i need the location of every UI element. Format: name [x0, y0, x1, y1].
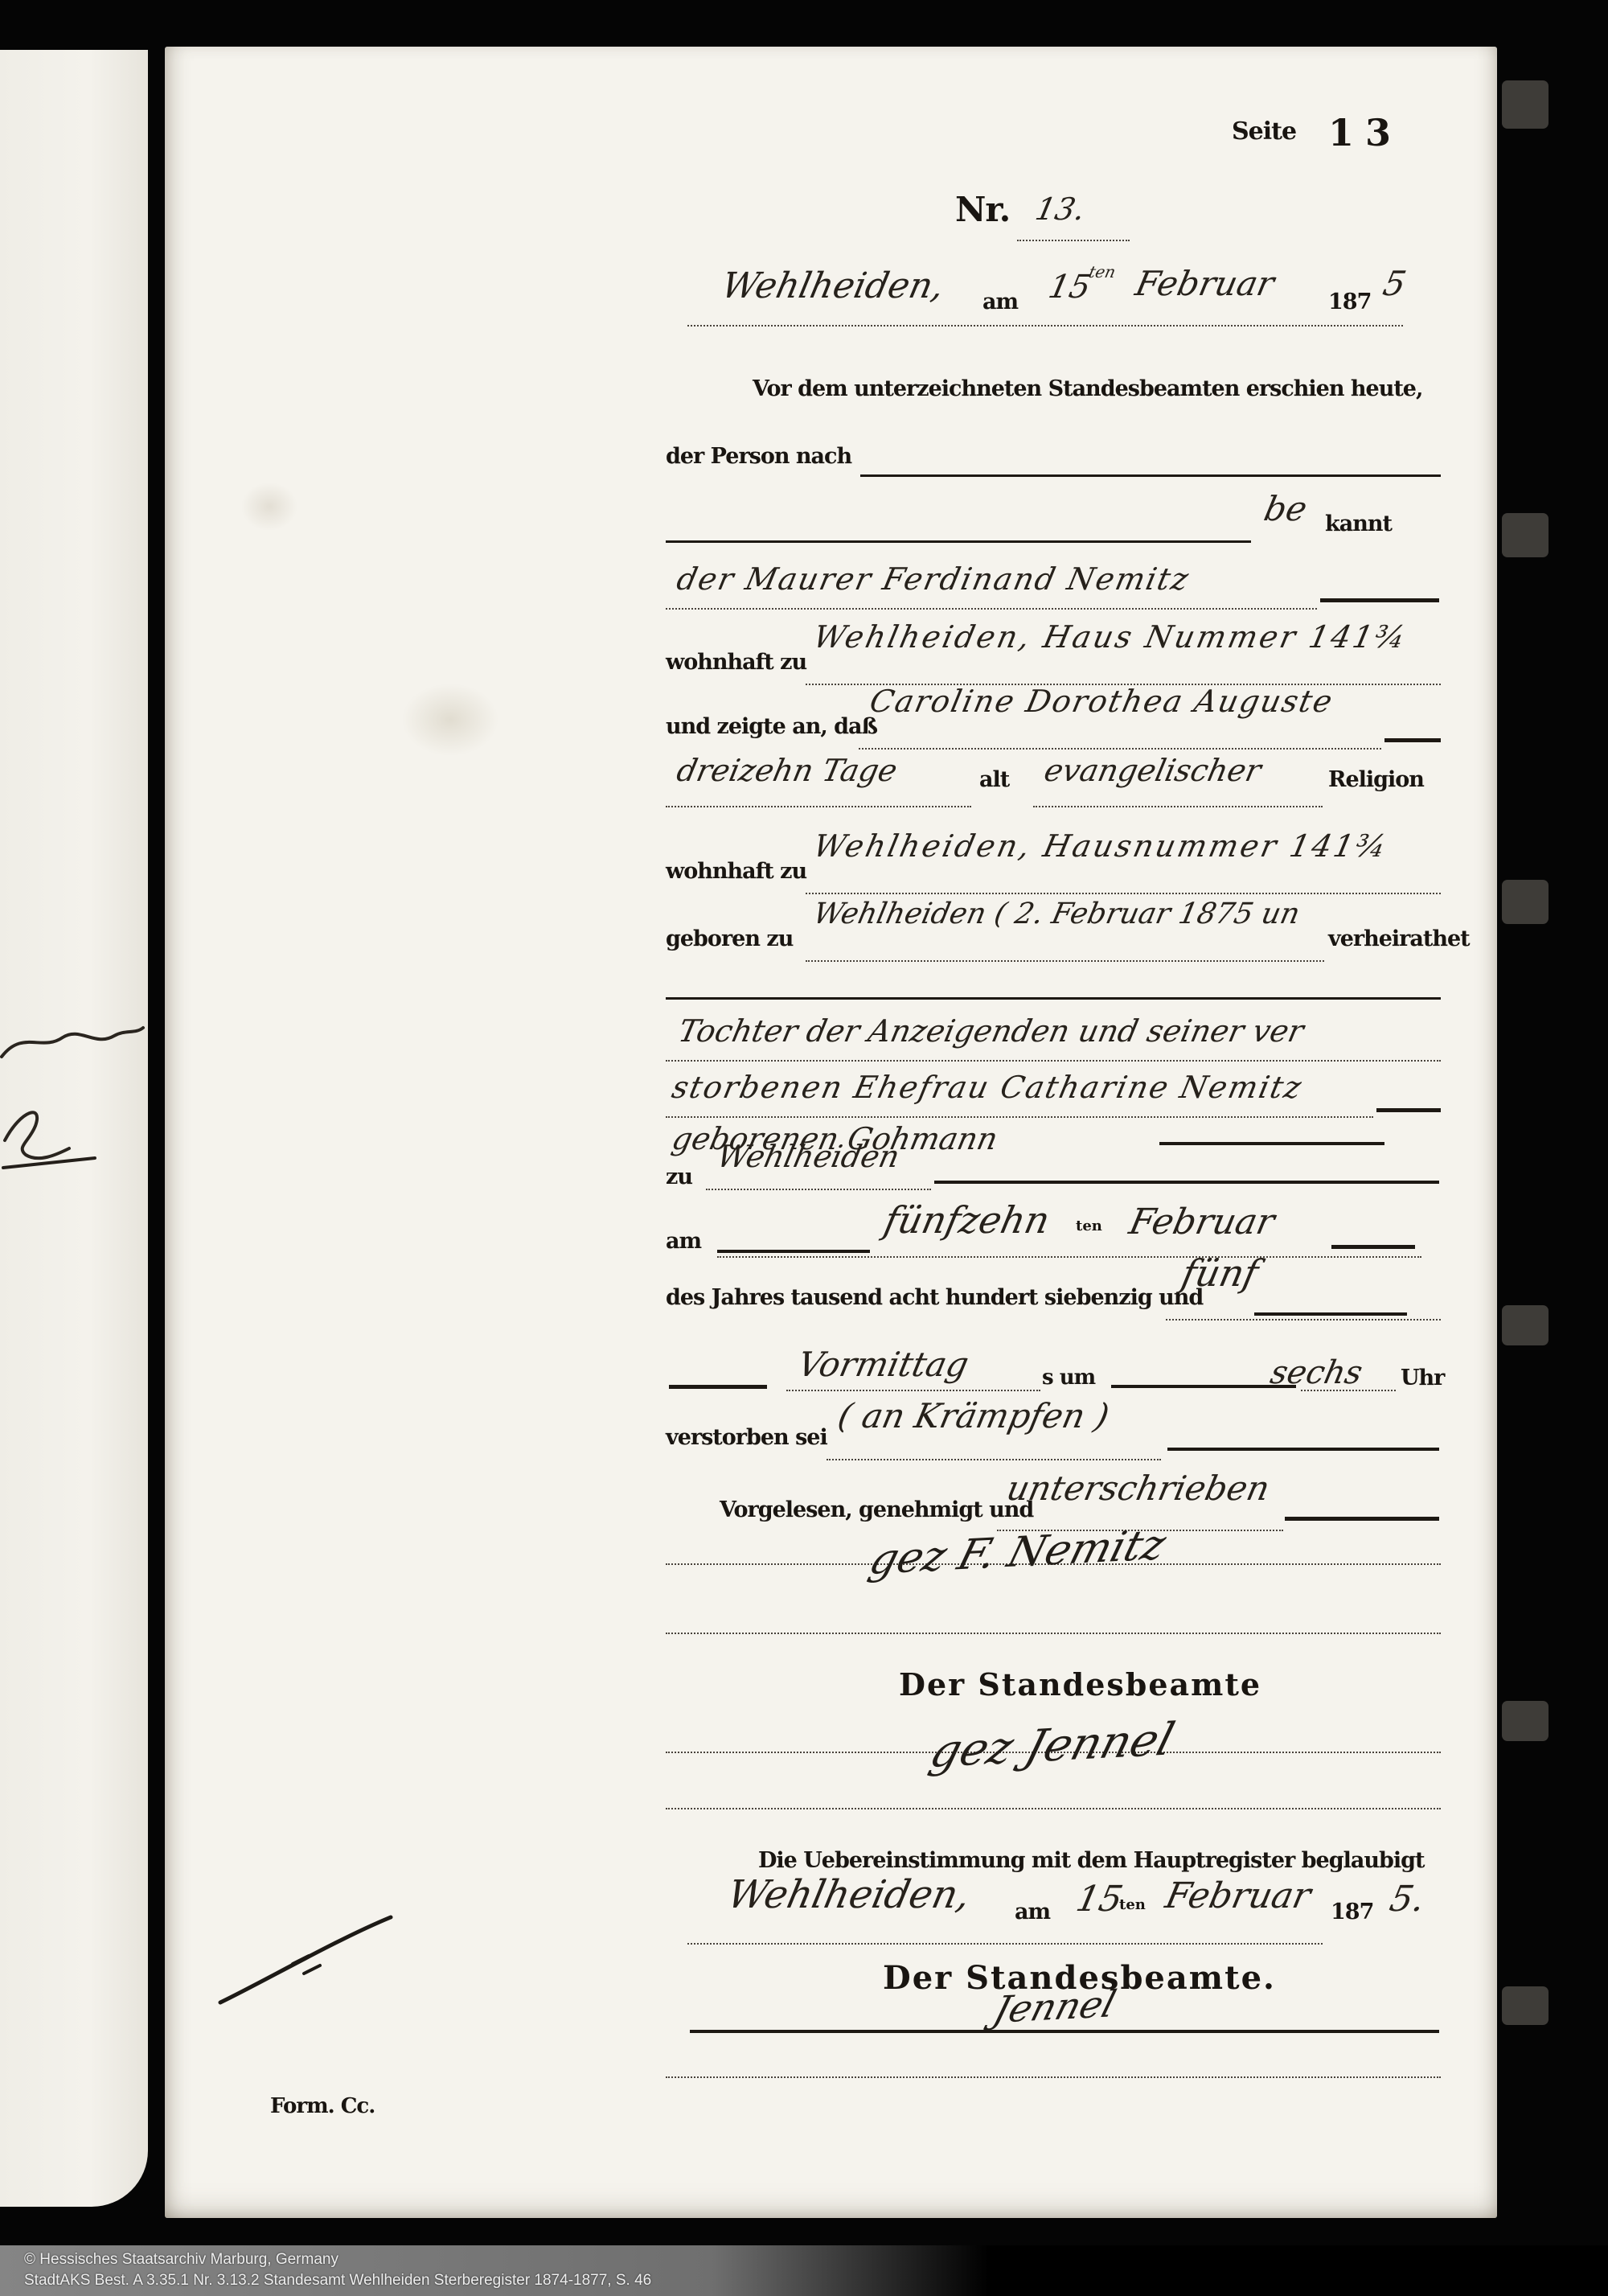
binding-clip: [1502, 1701, 1549, 1741]
blank-line: [1033, 806, 1323, 807]
filler-dash: [669, 1385, 767, 1389]
vorgelesen-label: Vorgelesen, genehmigt und: [720, 1497, 1033, 1522]
attribution-line1: © Hessisches Staatsarchiv Marburg, Germa…: [24, 2251, 338, 2269]
blank-line: [1017, 240, 1130, 241]
be-handwritten: be: [1261, 489, 1311, 528]
blank-line: [827, 1459, 1161, 1460]
blank-line: [860, 474, 1441, 477]
blank-line: [666, 540, 1251, 543]
deceased-age: dreizehn Tage: [674, 753, 900, 788]
blank-line: [706, 1189, 931, 1190]
blank-line: [717, 1256, 1421, 1258]
blank-line: [666, 608, 1317, 610]
declarant-residence: Wehlheiden, Haus Nummer 141¾: [810, 619, 1411, 655]
facing-page-writing-fragment: [0, 1020, 146, 1181]
filler-dash: [1320, 598, 1439, 602]
filler-dash: [1285, 1517, 1439, 1521]
filler-line: [1159, 1142, 1384, 1145]
cert-year-printed: 187: [1331, 1900, 1373, 1924]
death-day-suffix: ten: [1076, 1218, 1102, 1234]
filler-dash: [1331, 1245, 1415, 1249]
form-number: Form. Cc.: [270, 2094, 375, 2118]
separator-line: [666, 997, 1441, 1000]
blank-line: [687, 1943, 1323, 1945]
binding-clip: [1502, 513, 1549, 557]
date-day: 15: [1045, 269, 1094, 306]
filler-dash: [1376, 1108, 1441, 1112]
blank-line: [666, 1060, 1441, 1062]
filler-line: [934, 1181, 1439, 1184]
signature-line: [690, 2030, 1439, 2033]
unterschrieben-value: unterschrieben: [1003, 1468, 1274, 1508]
intro-sentence: Vor dem unterzeichneten Standesbeamten e…: [753, 376, 1422, 401]
signature-line: [666, 1808, 1441, 1809]
blank-line: [666, 2076, 1441, 2078]
wohnhaft-zu-label: wohnhaft zu: [666, 650, 806, 675]
wohnhaft-zu-label2: wohnhaft zu: [666, 859, 806, 884]
attribution-bar: © Hessisches Staatsarchiv Marburg, Germa…: [0, 2245, 1608, 2296]
cert-day: 15: [1073, 1879, 1126, 1920]
s-um-label: s um: [1042, 1366, 1095, 1390]
uhr-label: Uhr: [1401, 1366, 1444, 1390]
jahres-value: fünf: [1178, 1251, 1262, 1295]
standesbeamte-heading: Der Standesbeamte: [899, 1666, 1261, 1702]
registrar-signature2: Jennel: [989, 1982, 1121, 2031]
zeigte-an-label: und zeigte an, daß: [666, 714, 877, 739]
death-day: fünfzehn: [880, 1198, 1053, 1242]
filler-line: [1254, 1312, 1407, 1316]
person-nach-label: der Person nach: [666, 444, 851, 469]
kannt-label: kannt: [1325, 511, 1392, 536]
parentage-line1: Tochter der Anzeigenden und seiner ver: [675, 1013, 1307, 1049]
am-label: am: [982, 290, 1018, 314]
seite-label: Seite: [1232, 117, 1296, 146]
binding-clip: [1502, 1986, 1549, 2025]
cert-am-label: am: [1015, 1900, 1050, 1924]
certification-sentence: Die Uebereinstimmung mit dem Hauptregist…: [758, 1848, 1424, 1873]
date-place: Wehlheiden,: [718, 265, 948, 306]
cause-of-death: ( an Krämpfen ): [835, 1396, 1113, 1436]
am-label2: am: [666, 1229, 701, 1254]
daytime-value: Vormittag: [794, 1345, 972, 1384]
blank-line: [1301, 1390, 1396, 1391]
verstorben-label: verstorben sei: [666, 1425, 827, 1450]
blank-line: [786, 1390, 1040, 1391]
blank-line: [859, 748, 1381, 750]
declarant-name: der Maurer Ferdinand Nemitz: [674, 561, 1193, 597]
verheirathet-label: verheirathet: [1328, 926, 1470, 951]
page-number: 13: [1328, 111, 1402, 154]
binding-clip: [1502, 1305, 1549, 1345]
binding-clip: [1502, 880, 1549, 924]
date-year-printed: 187: [1328, 290, 1371, 314]
geboren-zu-label: geboren zu: [666, 926, 793, 951]
deceased-residence: Wehlheiden, Hausnummer 141¾: [810, 828, 1392, 864]
nr-value: 13.: [1032, 191, 1089, 227]
binding-clip: [1502, 80, 1549, 129]
filler-line: [1167, 1448, 1439, 1451]
cert-place: Wehlheiden,: [724, 1872, 974, 1917]
deceased-name: Caroline Dorothea Auguste: [867, 684, 1337, 719]
cert-day-suffix: ten: [1119, 1896, 1146, 1913]
filler-dash: [1384, 738, 1441, 742]
date-month: Februar: [1132, 264, 1278, 303]
page-stack-edge: [1497, 77, 1558, 2226]
religion-value: evangelischer: [1041, 753, 1264, 788]
alt-label: alt: [979, 767, 1009, 792]
birth-info: Wehlheiden ( 2. Februar 1875 un: [810, 897, 1302, 930]
zu-label: zu: [666, 1164, 692, 1189]
religion-label: Religion: [1328, 767, 1424, 792]
attribution-line2: StadtAKS Best. A 3.35.1 Nr. 3.13.2 Stand…: [24, 2272, 651, 2290]
scanned-register-photo: Seite 13 Nr. 13. Wehlheiden, am 15 ten F…: [0, 0, 1608, 2296]
blank-line: [1166, 1319, 1441, 1321]
death-month: Februar: [1126, 1201, 1278, 1242]
jahres-label: des Jahres tausend acht hundert siebenzi…: [666, 1285, 1203, 1310]
pen-stroke-mark: [215, 1912, 400, 2009]
blank-line: [806, 893, 1441, 894]
filler-line: [717, 1250, 870, 1253]
nr-label: Nr.: [955, 190, 1010, 229]
zu-place: Wehlheiden: [714, 1139, 903, 1174]
signature-line: [666, 1633, 1441, 1634]
blank-line: [666, 806, 971, 807]
parentage-line2: storbenen Ehefrau Catharine Nemitz: [669, 1070, 1306, 1105]
blank-line: [666, 1116, 1373, 1118]
blank-line: [806, 960, 1324, 962]
cert-month: Februar: [1162, 1875, 1315, 1916]
hour-value: sechs: [1267, 1354, 1366, 1391]
date-day-suffix: ten: [1087, 262, 1118, 281]
blank-line: [687, 325, 1403, 327]
